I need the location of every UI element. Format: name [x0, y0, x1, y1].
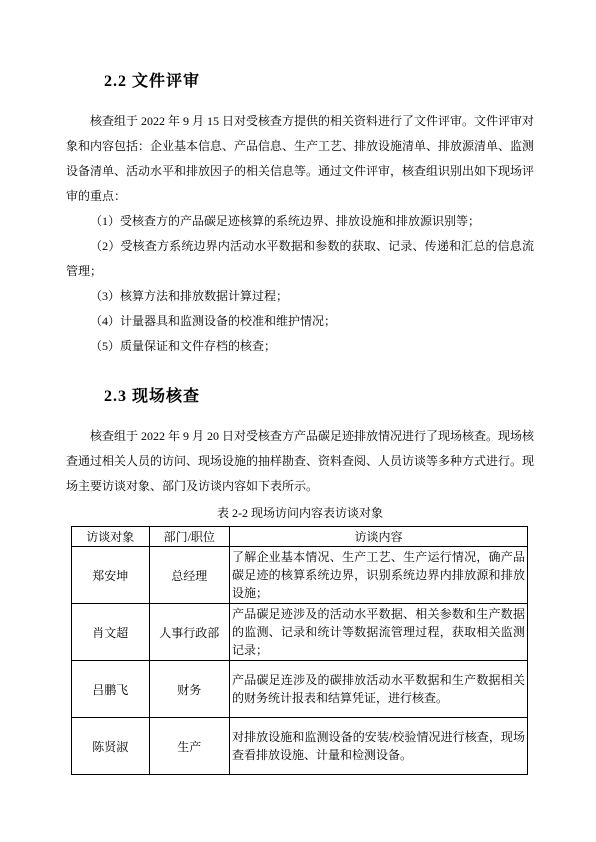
table-row: 陈贤淑 生产 对排放设施和监测设备的安装/校验情况进行核查，现场查看排放设施、计… — [72, 718, 528, 775]
list-item-1: （1）受核查方的产品碳足迹核算的系统边界、排放设施和排放源识别等； — [66, 209, 534, 234]
header-department: 部门/职位 — [149, 527, 230, 547]
section-2-2-paragraph: 核查组于 2022 年 9 月 15 日对受核查方提供的相关资料进行了文件评审。… — [66, 109, 534, 209]
section-heading-2-3: 2.3 现场核查 — [66, 383, 534, 406]
header-content: 访谈内容 — [230, 527, 528, 547]
section-2-3-paragraph: 核查组于 2022 年 9 月 20 日对受核查方产品碳足迹排放情况进行了现场核… — [66, 424, 534, 499]
table-row: 吕鹏飞 财务 产品碳足连涉及的碳排放活动水平数据和生产数据相关的财务统计报表和结… — [72, 661, 528, 718]
interviewee-name: 郑安坤 — [72, 547, 150, 604]
interview-content: 了解企业基本情况、生产工艺、生产运行情况，确产品碳足迹的核算系统边界，识别系统边… — [230, 547, 528, 604]
table-header-row: 访谈对象 部门/职位 访谈内容 — [72, 527, 528, 547]
interviewee-name: 吕鹏飞 — [72, 661, 150, 718]
interview-content: 产品碳足连涉及的碳排放活动水平数据和生产数据相关的财务统计报表和结算凭证，进行核… — [230, 661, 528, 718]
header-interviewee: 访谈对象 — [72, 527, 150, 547]
table-caption: 表 2-2 现场访问内容表访谈对象 — [66, 504, 534, 522]
list-item-2: （2）受核查方系统边界内活动水平数据和参数的获取、记录、传递和汇总的信息流管理； — [66, 234, 534, 284]
list-item-5: （5）质量保证和文件存档的核查； — [66, 334, 534, 359]
review-focus-list: （1）受核查方的产品碳足迹核算的系统边界、排放设施和排放源识别等； （2）受核查… — [66, 209, 534, 359]
interviewee-dept: 人事行政部 — [149, 604, 230, 661]
interview-table: 访谈对象 部门/职位 访谈内容 郑安坤 总经理 了解企业基本情况、生产工艺、生产… — [71, 526, 528, 775]
section-heading-2-2: 2.2 文件评审 — [66, 68, 534, 91]
interview-content: 对排放设施和监测设备的安装/校验情况进行核查，现场查看排放设施、计量和检测设备。 — [230, 718, 528, 775]
interviewee-dept: 财务 — [149, 661, 230, 718]
list-item-4: （4）计量器具和监测设备的校准和维护情况； — [66, 309, 534, 334]
interviewee-dept: 总经理 — [149, 547, 230, 604]
table-row: 郑安坤 总经理 了解企业基本情况、生产工艺、生产运行情况，确产品碳足迹的核算系统… — [72, 547, 528, 604]
interviewee-dept: 生产 — [149, 718, 230, 775]
table-row: 肖文超 人事行政部 产品碳足迹涉及的活动水平数据、相关参数和生产数据的监测、记录… — [72, 604, 528, 661]
document-page: 2.2 文件评审 核查组于 2022 年 9 月 15 日对受核查方提供的相关资… — [0, 0, 596, 842]
interviewee-name: 肖文超 — [72, 604, 150, 661]
list-item-3: （3）核算方法和排放数据计算过程； — [66, 284, 534, 309]
interviewee-name: 陈贤淑 — [72, 718, 150, 775]
interview-content: 产品碳足迹涉及的活动水平数据、相关参数和生产数据的监测、记录和统计等数据流管理过… — [230, 604, 528, 661]
